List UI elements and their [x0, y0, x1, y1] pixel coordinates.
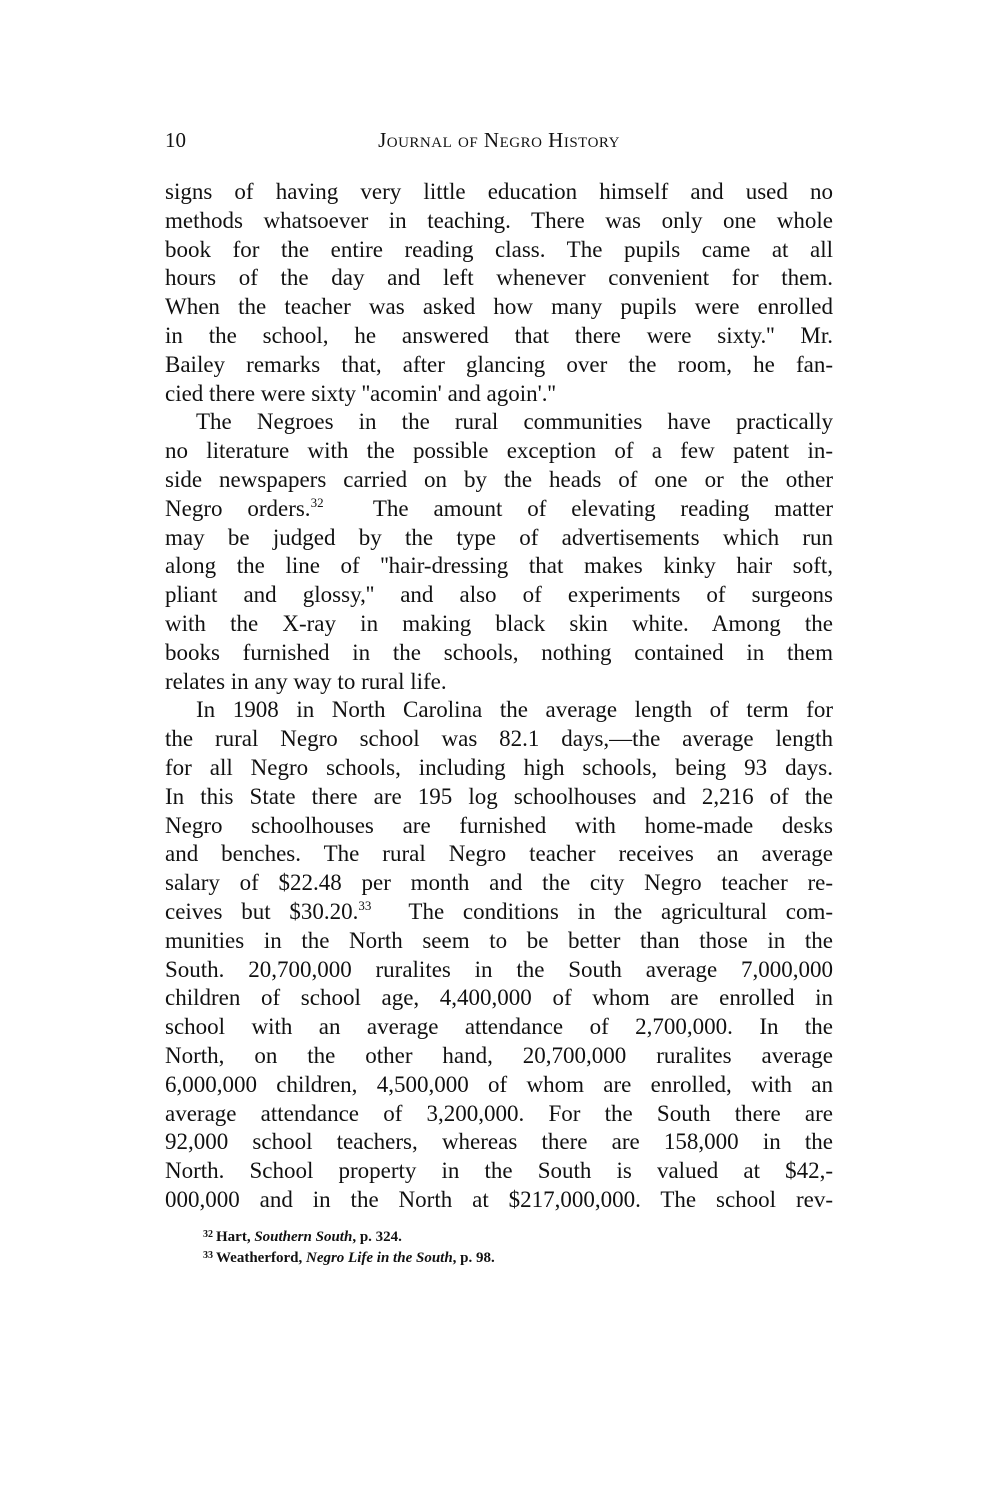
- paragraph-3: In 1908 in North Carolina the average le…: [165, 696, 833, 1214]
- text-line: hours of the day and left whenever conve…: [165, 264, 833, 293]
- text-line: may be judged by the type of advertiseme…: [165, 524, 833, 553]
- text-segment: ceives but $30.20.: [165, 899, 358, 924]
- body-text: signs of having very little education hi…: [165, 178, 833, 1215]
- text-line: and benches. The rural Negro teacher rec…: [165, 840, 833, 869]
- text-line: In 1908 in North Carolina the average le…: [165, 696, 833, 725]
- text-line: signs of having very little education hi…: [165, 178, 833, 207]
- text-line: munities in the North seem to be better …: [165, 927, 833, 956]
- running-head: 10 Journal of Negro History: [165, 128, 833, 158]
- text-line: the rural Negro school was 82.1 days,—th…: [165, 725, 833, 754]
- footnote-32: 32Hart, Southern South, p. 324.: [203, 1224, 495, 1245]
- text-line: no literature with the possible exceptio…: [165, 437, 833, 466]
- text-line: along the line of ''hair-dressing that m…: [165, 552, 833, 581]
- footnote-33: 33Weatherford, Negro Life in the South, …: [203, 1245, 495, 1266]
- text-segment: The conditions in the agricultural com-: [371, 899, 833, 924]
- text-line: 6,000,000 children, 4,500,000 of whom ar…: [165, 1071, 833, 1100]
- text-line: relates in any way to rural life.: [165, 668, 833, 697]
- text-line: in the school, he answered that there we…: [165, 322, 833, 351]
- text-line: side newspapers carried on by the heads …: [165, 466, 833, 495]
- text-line: school with an average attendance of 2,7…: [165, 1013, 833, 1042]
- text-line: book for the entire reading class. The p…: [165, 236, 833, 265]
- text-line: The Negroes in the rural communities hav…: [165, 408, 833, 437]
- footnotes: 32Hart, Southern South, p. 324. 33Weathe…: [203, 1224, 495, 1266]
- footnote-author: Hart,: [216, 1229, 254, 1245]
- text-line: pliant and glossy,'' and also of experim…: [165, 581, 833, 610]
- footnote-title: Southern South: [254, 1229, 352, 1245]
- footnote-title: Negro Life in the South: [306, 1250, 453, 1266]
- footnote-mark: 32: [203, 1229, 213, 1240]
- footnote-reference-33[interactable]: 33: [358, 898, 371, 913]
- text-line: North, on the other hand, 20,700,000 rur…: [165, 1042, 833, 1071]
- text-line: Negro schoolhouses are furnished with ho…: [165, 812, 833, 841]
- text-line-with-footnote: ceives but $30.20.33 The conditions in t…: [165, 898, 833, 927]
- footnote-author: Weatherford,: [216, 1250, 306, 1266]
- text-line: 92,000 school teachers, whereas there ar…: [165, 1128, 833, 1157]
- footnote-page: , p. 98.: [453, 1250, 495, 1266]
- text-segment: Negro orders.: [165, 496, 311, 521]
- text-line: average attendance of 3,200,000. For the…: [165, 1100, 833, 1129]
- text-line: When the teacher was asked how many pupi…: [165, 293, 833, 322]
- text-line: for all Negro schools, including high sc…: [165, 754, 833, 783]
- document-page: 10 Journal of Negro History signs of hav…: [165, 128, 833, 158]
- footnote-page: , p. 324.: [352, 1229, 402, 1245]
- text-line: South. 20,700,000 ruralites in the South…: [165, 956, 833, 985]
- text-line: methods whatsoever in teaching. There wa…: [165, 207, 833, 236]
- footnote-reference-32[interactable]: 32: [311, 495, 324, 510]
- text-segment: The amount of elevating reading matter: [324, 496, 833, 521]
- text-line: books furnished in the schools, nothing …: [165, 639, 833, 668]
- footnote-mark: 33: [203, 1250, 213, 1261]
- paragraph-1: signs of having very little education hi…: [165, 178, 833, 408]
- text-line: Bailey remarks that, after glancing over…: [165, 351, 833, 380]
- text-line-with-footnote: Negro orders.32 The amount of elevating …: [165, 495, 833, 524]
- text-line: North. School property in the South is v…: [165, 1157, 833, 1186]
- text-line: with the X-ray in making black skin whit…: [165, 610, 833, 639]
- journal-title: Journal of Negro History: [165, 128, 833, 153]
- text-line: cied there were sixty ''acomin' and agoi…: [165, 380, 833, 409]
- text-line: 000,000 and in the North at $217,000,000…: [165, 1186, 833, 1215]
- text-line: salary of $22.48 per month and the city …: [165, 869, 833, 898]
- text-line: In this State there are 195 log schoolho…: [165, 783, 833, 812]
- text-line: children of school age, 4,400,000 of who…: [165, 984, 833, 1013]
- paragraph-2: The Negroes in the rural communities hav…: [165, 408, 833, 696]
